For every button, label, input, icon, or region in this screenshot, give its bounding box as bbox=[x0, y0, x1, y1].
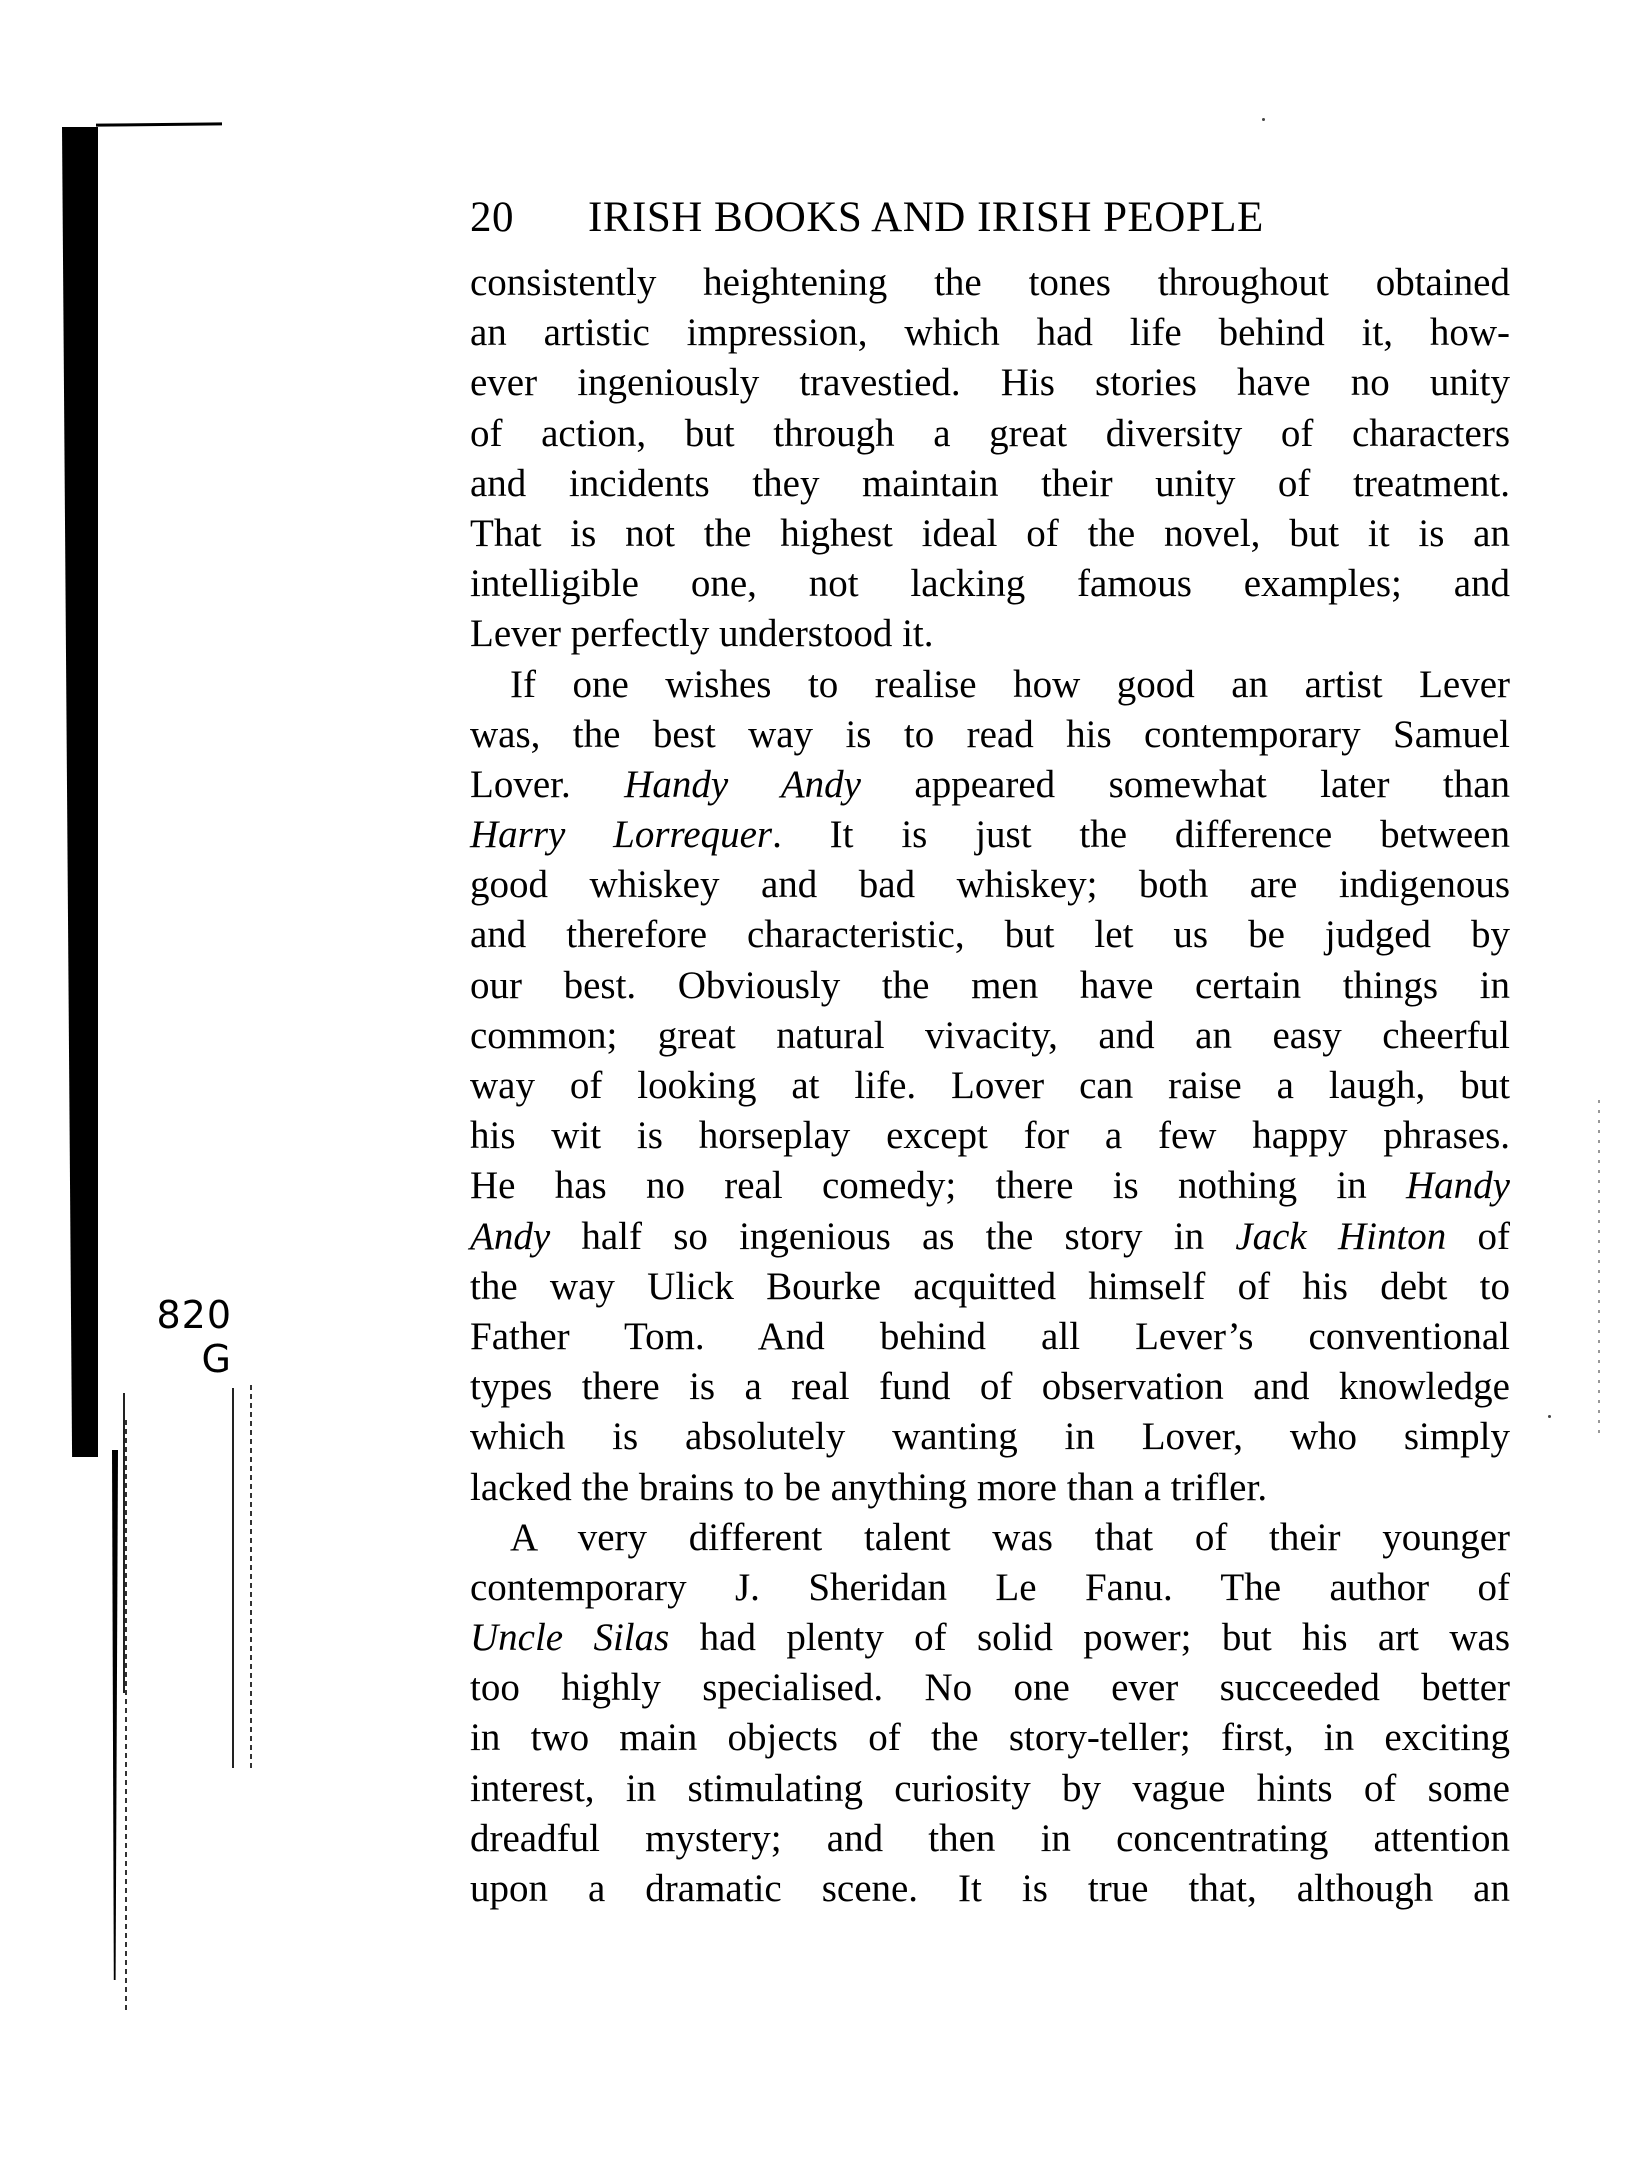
text-run: If one wishes to realise how good an art… bbox=[510, 663, 1510, 706]
paragraph: If one wishes to realise how good an art… bbox=[470, 660, 1510, 1513]
text-run: and incidents they maintain their unity … bbox=[470, 462, 1510, 505]
text-run: lacked the brains to be anything more th… bbox=[470, 1466, 1267, 1509]
binding-edge bbox=[62, 127, 98, 1457]
text-run: was, the best way is to read his contemp… bbox=[470, 713, 1510, 756]
text-run: ever ingeniously travestied. His stories… bbox=[470, 361, 1510, 404]
text-line: in two main objects of the story-teller;… bbox=[470, 1713, 1510, 1763]
text-run: dreadful mystery; and then in concentrat… bbox=[470, 1817, 1510, 1860]
text-run: our best. Obviously the men have certain… bbox=[470, 964, 1510, 1007]
text-line: types there is a real fund of observatio… bbox=[470, 1362, 1510, 1412]
text-run: half so ingenious as the story in bbox=[550, 1215, 1235, 1258]
text-run: consistently heightening the tones throu… bbox=[470, 261, 1510, 304]
text-line: If one wishes to realise how good an art… bbox=[470, 660, 1510, 710]
text-line: consistently heightening the tones throu… bbox=[470, 258, 1510, 308]
running-title: IRISH BOOKS AND IRISH PEOPLE bbox=[588, 194, 1264, 241]
text-run: appeared somewhat later than bbox=[861, 763, 1510, 806]
paragraph: A very different talent was that of thei… bbox=[470, 1513, 1510, 1915]
book-page: 20IRISH BOOKS AND IRISH PEOPLE consisten… bbox=[470, 188, 1510, 1914]
text-run: Lever perfectly understood it. bbox=[470, 612, 934, 655]
text-line: was, the best way is to read his contemp… bbox=[470, 710, 1510, 760]
text-line: his wit is horseplay except for a few ha… bbox=[470, 1111, 1510, 1161]
text-run: contemporary J. Sheridan Le Fanu. The au… bbox=[470, 1566, 1510, 1609]
text-line: way of looking at life. Lover can raise … bbox=[470, 1061, 1510, 1111]
italic-title: Handy bbox=[1406, 1164, 1510, 1207]
text-line: A very different talent was that of thei… bbox=[470, 1513, 1510, 1563]
text-line: Harry Lorrequer. It is just the differen… bbox=[470, 810, 1510, 860]
italic-title: Handy Andy bbox=[624, 763, 861, 806]
text-line: Lever perfectly understood it. bbox=[470, 609, 1510, 659]
text-line: and incidents they maintain their unity … bbox=[470, 459, 1510, 509]
text-line: common; great natural vivacity, and an e… bbox=[470, 1011, 1510, 1061]
text-run: Lover. bbox=[470, 763, 624, 806]
call-number-stamp: 820 G bbox=[152, 1293, 232, 1381]
scan-speck bbox=[1262, 118, 1265, 121]
text-line: upon a dramatic scene. It is true that, … bbox=[470, 1864, 1510, 1914]
text-line: Father Tom. And behind all Lever’s conve… bbox=[470, 1312, 1510, 1362]
text-run: intelligible one, not lacking famous exa… bbox=[470, 562, 1510, 605]
text-run: his wit is horseplay except for a few ha… bbox=[470, 1114, 1510, 1157]
text-line: of action, but through a great diversity… bbox=[470, 409, 1510, 459]
text-run: good whiskey and bad whiskey; both are i… bbox=[470, 863, 1510, 906]
text-run: Father Tom. And behind all Lever’s conve… bbox=[470, 1315, 1510, 1358]
text-line: and therefore characteristic, but let us… bbox=[470, 910, 1510, 960]
margin-line bbox=[232, 1388, 234, 1768]
page-top-edge bbox=[96, 122, 222, 126]
text-line: which is absolutely wanting in Lover, wh… bbox=[470, 1412, 1510, 1462]
italic-title: Andy bbox=[470, 1215, 550, 1258]
text-line: intelligible one, not lacking famous exa… bbox=[470, 559, 1510, 609]
text-line: dreadful mystery; and then in concentrat… bbox=[470, 1814, 1510, 1864]
text-run: upon a dramatic scene. It is true that, … bbox=[470, 1867, 1510, 1910]
text-run: types there is a real fund of observatio… bbox=[470, 1365, 1510, 1408]
paragraph: consistently heightening the tones throu… bbox=[470, 258, 1510, 660]
scan-artifact bbox=[1598, 1100, 1600, 1440]
text-run: . It is just the difference between bbox=[772, 813, 1510, 856]
text-line: He has no real comedy; there is nothing … bbox=[470, 1161, 1510, 1211]
text-line: interest, in stimulating curiosity by va… bbox=[470, 1764, 1510, 1814]
binding-edge-tail bbox=[112, 1450, 118, 1980]
text-run: common; great natural vivacity, and an e… bbox=[470, 1014, 1510, 1057]
text-run: way of looking at life. Lover can raise … bbox=[470, 1064, 1510, 1107]
text-run: of action, but through a great diversity… bbox=[470, 412, 1510, 455]
page-number: 20 bbox=[470, 188, 588, 248]
margin-line bbox=[250, 1385, 252, 1770]
text-line: an artistic impression, which had life b… bbox=[470, 308, 1510, 358]
text-run: of bbox=[1446, 1215, 1510, 1258]
text-run: which is absolutely wanting in Lover, wh… bbox=[470, 1415, 1510, 1458]
running-header: 20IRISH BOOKS AND IRISH PEOPLE bbox=[470, 188, 1510, 248]
italic-title: Uncle Silas bbox=[470, 1616, 669, 1659]
text-run: He has no real comedy; there is nothing … bbox=[470, 1164, 1406, 1207]
scan-speck bbox=[1548, 1415, 1551, 1418]
call-number-author: G bbox=[152, 1337, 232, 1381]
text-run: the way Ulick Bourke acquitted himself o… bbox=[470, 1265, 1510, 1308]
italic-title: Harry Lorrequer bbox=[470, 813, 772, 856]
text-line: lacked the brains to be anything more th… bbox=[470, 1463, 1510, 1513]
text-run: too highly specialised. No one ever succ… bbox=[470, 1666, 1510, 1709]
italic-title: Jack Hinton bbox=[1235, 1215, 1446, 1258]
body-text: consistently heightening the tones throu… bbox=[470, 258, 1510, 1914]
text-run: had plenty of solid power; but his art w… bbox=[669, 1616, 1510, 1659]
text-run: an artistic impression, which had life b… bbox=[470, 311, 1510, 354]
text-line: our best. Obviously the men have certain… bbox=[470, 961, 1510, 1011]
text-line: Andy half so ingenious as the story in J… bbox=[470, 1212, 1510, 1262]
text-line: Uncle Silas had plenty of solid power; b… bbox=[470, 1613, 1510, 1663]
text-line: That is not the highest ideal of the nov… bbox=[470, 509, 1510, 559]
text-run: interest, in stimulating curiosity by va… bbox=[470, 1767, 1510, 1810]
margin-line bbox=[125, 1420, 127, 2010]
text-line: Lover. Handy Andy appeared somewhat late… bbox=[470, 760, 1510, 810]
text-line: good whiskey and bad whiskey; both are i… bbox=[470, 860, 1510, 910]
text-line: ever ingeniously travestied. His stories… bbox=[470, 358, 1510, 408]
text-run: A very different talent was that of thei… bbox=[510, 1516, 1510, 1559]
text-run: That is not the highest ideal of the nov… bbox=[470, 512, 1510, 555]
call-number-class: 820 bbox=[152, 1293, 232, 1337]
text-line: the way Ulick Bourke acquitted himself o… bbox=[470, 1262, 1510, 1312]
text-line: contemporary J. Sheridan Le Fanu. The au… bbox=[470, 1563, 1510, 1613]
text-run: and therefore characteristic, but let us… bbox=[470, 913, 1510, 956]
text-line: too highly specialised. No one ever succ… bbox=[470, 1663, 1510, 1713]
text-run: in two main objects of the story-teller;… bbox=[470, 1716, 1510, 1759]
